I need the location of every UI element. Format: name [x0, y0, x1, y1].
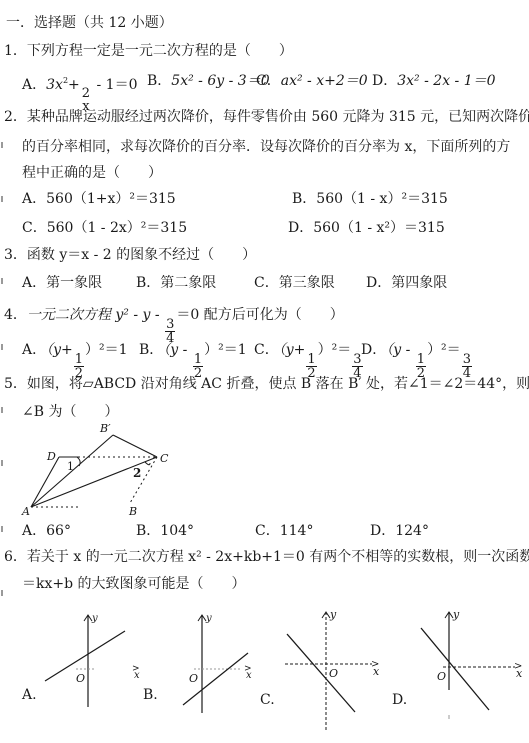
- side-b-prime-c: [113, 435, 157, 457]
- option-text: 3x² - 2x - 1＝0: [397, 73, 495, 89]
- fraction-numerator: 1: [306, 353, 316, 367]
- option-math-tail: ）²＝: [427, 342, 461, 358]
- option-label: D.: [392, 692, 407, 708]
- question-5-option-b[interactable]: B．104°: [136, 522, 194, 540]
- option-math: 3x: [46, 77, 63, 93]
- question-number: 6．: [4, 549, 27, 565]
- option-math: （y+: [279, 342, 306, 358]
- question-text: 如图，将▱ABCD 沿对角线 AC 折叠，使点 B 落在 B′ 处，若∠1＝∠2…: [27, 376, 529, 392]
- option-math: （y -: [163, 342, 192, 358]
- option-math-tail: ）²＝1: [85, 342, 128, 358]
- line-graph: [421, 628, 489, 710]
- question-6-stem-line-1: 6．若关于 x 的一元二次方程 x² - 2x+kb+1＝0 有两个不相等的实数…: [4, 548, 529, 566]
- y-axis-label: y: [205, 613, 212, 624]
- graph-option-a[interactable]: y O x > A.: [20, 605, 150, 725]
- option-label: B．: [136, 275, 160, 291]
- question-text: 若关于 x 的一元二次方程 x² - 2x+kb+1＝0 有两个不相等的实数根，…: [27, 549, 529, 565]
- question-1-option-b[interactable]: B．5x² - 6y - 3＝0: [147, 72, 270, 90]
- question-2-stem-line-3: 程中正确的是（ ）: [22, 164, 162, 182]
- question-3-option-b[interactable]: B．第二象限: [136, 274, 216, 292]
- question-5-option-a[interactable]: A．66°: [22, 522, 71, 540]
- question-2-option-c[interactable]: C．560（1 - 2x）²＝315: [22, 219, 187, 237]
- margin-mark: [1, 460, 3, 466]
- line-graph: [287, 634, 355, 712]
- option-label: C．: [255, 523, 280, 539]
- option-text: 66°: [46, 523, 71, 539]
- option-label: D．: [372, 73, 397, 89]
- margin-mark: [1, 407, 3, 413]
- margin-mark: [1, 590, 3, 596]
- margin-mark: [1, 196, 3, 202]
- angle-2-arc: [145, 462, 150, 465]
- option-text: ax² - x+2＝0: [281, 73, 368, 89]
- graph-option-b[interactable]: y O x > B.: [140, 605, 270, 725]
- origin-label: O: [189, 672, 198, 685]
- option-label: A．: [22, 523, 46, 539]
- fraction-numerator: 1: [416, 353, 426, 367]
- fraction-numerator: 1: [74, 353, 84, 367]
- question-4-stem: 4．一元二次方程 y² - y - 34＝0 配方后可化为（ ）: [4, 306, 344, 345]
- option-text: 124°: [395, 523, 429, 539]
- origin-label: O: [329, 667, 338, 680]
- graph-option-d[interactable]: y O x > D.: [385, 600, 525, 740]
- question-1-stem: 1．下列方程一定是一元二次方程的是（ ）: [4, 42, 293, 60]
- option-label: B．: [147, 73, 171, 89]
- question-6-stem-line-2: ＝kx+b 的大致图象可能是（ ）: [22, 575, 246, 593]
- option-text: 第三象限: [279, 275, 335, 291]
- option-label: B．: [136, 523, 160, 539]
- option-text: 第一象限: [46, 275, 102, 291]
- question-text: ＝0 配方后可化为（ ）: [176, 307, 343, 323]
- question-2-option-d[interactable]: D．560（1 - x²）＝315: [288, 219, 445, 237]
- fraction-numerator: 3: [165, 318, 175, 332]
- section-title: 一．选择题（共 12 小题）: [6, 14, 173, 32]
- option-text: 第二象限: [160, 275, 216, 291]
- question-3-option-c[interactable]: C．第三象限: [254, 274, 335, 292]
- question-text: 函数 y＝x - 2 的图象不经过（ ）: [27, 247, 256, 263]
- point-a-label: A: [21, 505, 30, 518]
- question-2-stem-line-1: 2．某种品牌运动服经过两次降价，每件零售价由 560 元降为 315 元，已知两…: [4, 108, 529, 126]
- question-number: 2．: [4, 109, 27, 125]
- question-3-option-d[interactable]: D．第四象限: [366, 274, 447, 292]
- question-text: 下列方程一定是一元二次方程的是（ ）: [27, 43, 293, 59]
- margin-mark: [1, 526, 3, 532]
- option-text: 114°: [280, 523, 314, 539]
- option-math-tail: ）²＝: [318, 342, 352, 358]
- question-2-option-a[interactable]: A．560（1+x）²＝315: [22, 190, 176, 208]
- option-math: （y -: [386, 342, 415, 358]
- margin-mark: [1, 344, 3, 350]
- fraction-numerator: 3: [462, 353, 472, 367]
- graph-option-c[interactable]: y O x > C.: [255, 600, 395, 740]
- option-label: D．: [370, 523, 395, 539]
- option-text: 第四象限: [391, 275, 447, 291]
- question-1-option-a[interactable]: A．3x2+2x - 1＝0: [22, 72, 138, 113]
- option-text: 104°: [160, 523, 194, 539]
- option-label: A．: [22, 77, 46, 93]
- diagonal-ac: [31, 457, 157, 507]
- option-label: A.: [21, 687, 37, 703]
- question-number: 4．: [4, 307, 27, 323]
- point-b-prime-label: B′: [99, 422, 111, 435]
- angle-2-label: 2: [133, 466, 141, 480]
- question-3-stem: 3．函数 y＝x - 2 的图象不经过（ ）: [4, 246, 256, 264]
- option-label: C.: [260, 692, 275, 708]
- option-label: A．: [22, 275, 46, 291]
- option-label: B．: [292, 191, 316, 207]
- side-cb-dotted: [130, 457, 157, 503]
- x-axis-arrow-icon: >: [132, 664, 140, 674]
- question-text: 某种品牌运动服经过两次降价，每件零售价由 560 元降为 315 元，已知两次降…: [27, 109, 529, 125]
- option-label: B．: [139, 342, 163, 358]
- angle-1-label: 1: [67, 460, 74, 473]
- question-1-option-c[interactable]: C．ax² - x+2＝0: [256, 72, 368, 90]
- point-d-label: D: [46, 450, 56, 463]
- option-label: C．: [22, 220, 47, 236]
- option-label: A．: [22, 191, 46, 207]
- option-label: C．: [254, 275, 279, 291]
- y-axis-label: y: [452, 608, 460, 621]
- option-label: A．: [22, 342, 46, 358]
- option-label: B.: [143, 687, 158, 703]
- x-axis-arrow-icon: >: [514, 661, 522, 672]
- margin-mark: [1, 142, 3, 148]
- option-text: 5x² - 6y - 3＝0: [171, 73, 269, 89]
- question-3-option-a[interactable]: A．第一象限: [22, 274, 102, 292]
- origin-label: O: [76, 672, 85, 685]
- margin-mark: [1, 278, 3, 284]
- x-axis-arrow-icon: >: [244, 664, 252, 674]
- question-1-option-d[interactable]: D．3x² - 2x - 1＝0: [372, 72, 496, 90]
- question-2-option-b[interactable]: B．560（1 - x）²＝315: [292, 190, 448, 208]
- point-c-label: C: [160, 452, 169, 465]
- question-5-option-d[interactable]: D．124°: [370, 522, 429, 540]
- question-number: 1．: [4, 43, 27, 59]
- option-label: C．: [256, 73, 281, 89]
- question-math: 一元二次方程 y² - y -: [27, 307, 164, 323]
- option-label: D．: [361, 342, 386, 358]
- option-math: （y+: [46, 342, 73, 358]
- parallelogram-fold-figure: A D B′ C B 1 2: [0, 415, 200, 515]
- origin-label: O: [437, 670, 446, 683]
- question-number: 5．: [4, 376, 27, 392]
- y-axis-label: y: [329, 608, 337, 621]
- option-math-tail: - 1＝0: [92, 77, 137, 93]
- question-number: 3．: [4, 247, 27, 263]
- option-text: 560（1 - 2x）²＝315: [47, 220, 187, 236]
- fraction-numerator: 1: [193, 353, 203, 367]
- side-ad: [31, 457, 59, 507]
- option-label: D．: [366, 275, 391, 291]
- question-2-stem-line-2: 的百分率相同，求每次降价的百分率．设每次降价的百分率为 x，下面所列的方: [22, 138, 510, 156]
- plus: +: [68, 77, 80, 93]
- option-text: 560（1+x）²＝315: [46, 191, 176, 207]
- question-5-option-c[interactable]: C．114°: [255, 522, 313, 540]
- option-label: C．: [254, 342, 279, 358]
- option-text: 560（1 - x）²＝315: [316, 191, 448, 207]
- y-axis-label: y: [91, 613, 98, 624]
- x-axis-arrow-icon: >: [371, 659, 379, 670]
- option-label: D．: [288, 220, 313, 236]
- question-5-stem-line-1: 5．如图，将▱ABCD 沿对角线 AC 折叠，使点 B 落在 B′ 处，若∠1＝…: [4, 375, 529, 393]
- option-math-tail: ）²＝1: [204, 342, 247, 358]
- point-b-label: B: [128, 505, 137, 518]
- option-text: 560（1 - x²）＝315: [313, 220, 445, 236]
